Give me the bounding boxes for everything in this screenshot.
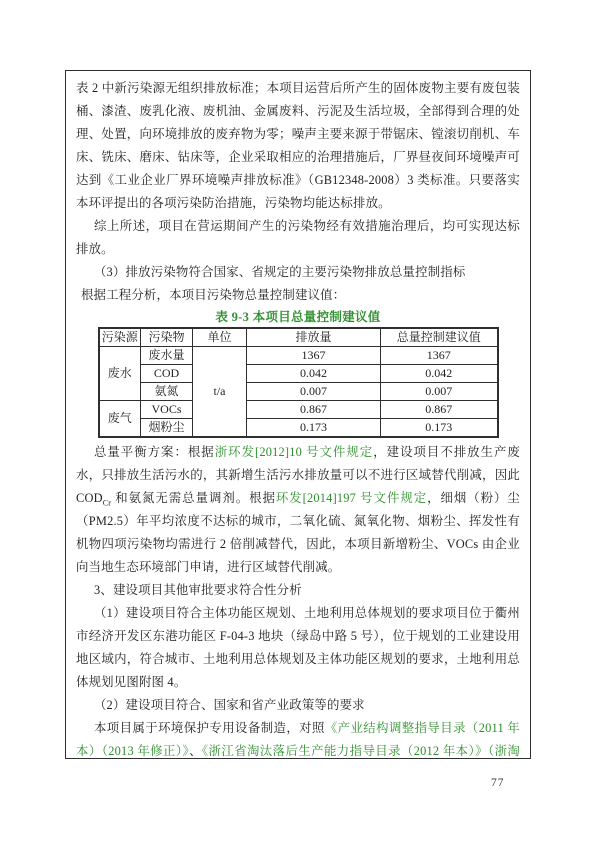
- paragraph: 本项目属于环境保护专用设备制造，对照《产业结构调整指导目录（2011 年本）（2…: [76, 717, 520, 759]
- table-header-row: 污染源污染物单位排放量总量控制建议值: [99, 328, 498, 347]
- paragraph: （3）排放污染物符合国家、省规定的主要污染物排放总量控制指标: [76, 261, 520, 284]
- pollutant-cell: 废水量: [141, 347, 193, 365]
- page-number: 77: [491, 777, 505, 789]
- total-control-table: 污染源污染物单位排放量总量控制建议值 废水废水量t/a13671367COD0.…: [98, 327, 499, 438]
- paragraph: 根据工程分析，本项目污染物总量控制建议值：: [76, 284, 520, 307]
- header-cell: 污染物: [141, 328, 193, 347]
- pollutant-cell: COD: [141, 365, 193, 383]
- text-segment: 和氨氮无需总量调剂。根据: [111, 491, 276, 505]
- paragraph: 综上所述，项目在营运期间产生的污染物经有效措施治理后，均可实现达标排放。: [76, 215, 520, 261]
- source-cell: 废水: [99, 347, 141, 401]
- table-row: 废水废水量t/a13671367: [99, 347, 498, 365]
- suggested-cell: 0.173: [381, 419, 498, 438]
- text-segment: 综上所述，项目在营运期间产生的污染物经有效措施治理后，均可实现达标排放。: [76, 219, 520, 256]
- document-frame: 表 2 中新污染源无组织排放标准；本项目运营后所产生的固体废物主要有废包装桶、漆…: [65, 70, 531, 759]
- pollutant-cell: 氨氮: [141, 383, 193, 401]
- table-row: COD0.0420.042: [99, 365, 498, 383]
- header-cell: 排放量: [247, 328, 381, 347]
- text-segment: 根据工程分析，本项目污染物总量控制建议值：: [81, 288, 345, 302]
- pollutant-cell: VOCs: [141, 401, 193, 419]
- suggested-cell: 0.042: [381, 365, 498, 383]
- table-row: 氨氮0.0070.007: [99, 383, 498, 401]
- emission-cell: 0.867: [247, 401, 381, 419]
- text-segment: Cr: [103, 498, 111, 507]
- text-segment: 表 2 中新污染源无组织排放标准；本项目运营后所产生的固体废物主要有废包装桶、漆…: [76, 81, 520, 210]
- paragraph: 表 2 中新污染源无组织排放标准；本项目运营后所产生的固体废物主要有废包装桶、漆…: [76, 77, 520, 215]
- header-cell: 污染源: [99, 328, 141, 347]
- text-segment: 本项目属于环境保护专用设备制造，对照: [94, 721, 325, 735]
- emission-cell: 0.007: [247, 383, 381, 401]
- pollutant-cell: 烟粉尘: [141, 419, 193, 438]
- suggested-cell: 0.867: [381, 401, 498, 419]
- paragraph: 3、建设项目其他审批要求符合性分析: [76, 579, 520, 602]
- paragraphs-after-table: 总量平衡方案：根据浙环发[2012]10 号文件规定，建设项目不排放生产废水，只…: [76, 441, 520, 759]
- suggested-cell: 1367: [381, 347, 498, 365]
- unit-cell: t/a: [193, 347, 247, 438]
- text-segment: 3、建设项目其他审批要求符合性分析: [94, 583, 302, 597]
- header-cell: 总量控制建议值: [381, 328, 498, 347]
- table-head: 污染源污染物单位排放量总量控制建议值: [99, 328, 498, 347]
- table-body: 废水废水量t/a13671367COD0.0420.042氨氮0.0070.00…: [99, 347, 498, 438]
- doc-reference-highlight: 环发[2014]197 号文件规定: [276, 491, 427, 505]
- emission-cell: 0.173: [247, 419, 381, 438]
- emission-cell: 0.042: [247, 365, 381, 383]
- table-row: 烟粉尘0.1730.173: [99, 419, 498, 438]
- paragraph: （2）建设项目符合、国家和省产业政策等的要求: [76, 694, 520, 717]
- text-segment: （2）建设项目符合、国家和省产业政策等的要求: [94, 698, 365, 712]
- emission-cell: 1367: [247, 347, 381, 365]
- paragraph: 总量平衡方案：根据浙环发[2012]10 号文件规定，建设项目不排放生产废水，只…: [76, 441, 520, 579]
- text-segment: 、: [189, 744, 202, 758]
- document-page: 表 2 中新污染源无组织排放标准；本项目运营后所产生的固体废物主要有废包装桶、漆…: [0, 0, 595, 841]
- paragraphs-before-table: 表 2 中新污染源无组织排放标准；本项目运营后所产生的固体废物主要有废包装桶、漆…: [76, 77, 520, 307]
- doc-reference-highlight: 浙环发[2012]10 号文件规定: [215, 445, 374, 459]
- suggested-cell: 0.007: [381, 383, 498, 401]
- table-row: 废气VOCs0.8670.867: [99, 401, 498, 419]
- paragraph: （1）建设项目符合主体功能区规划、土地利用总体规划的要求项目位于衢州市经济开发区…: [76, 602, 520, 694]
- text-segment: （3）排放污染物符合国家、省规定的主要污染物排放总量控制指标: [94, 265, 466, 279]
- source-cell: 废气: [99, 401, 141, 438]
- header-cell: 单位: [193, 328, 247, 347]
- table-caption: 表 9-3 本项目总量控制建议值: [76, 308, 520, 326]
- text-segment: 总量平衡方案：根据: [94, 445, 215, 459]
- text-segment: （1）建设项目符合主体功能区规划、土地利用总体规划的要求项目位于衢州市经济开发区…: [76, 606, 520, 689]
